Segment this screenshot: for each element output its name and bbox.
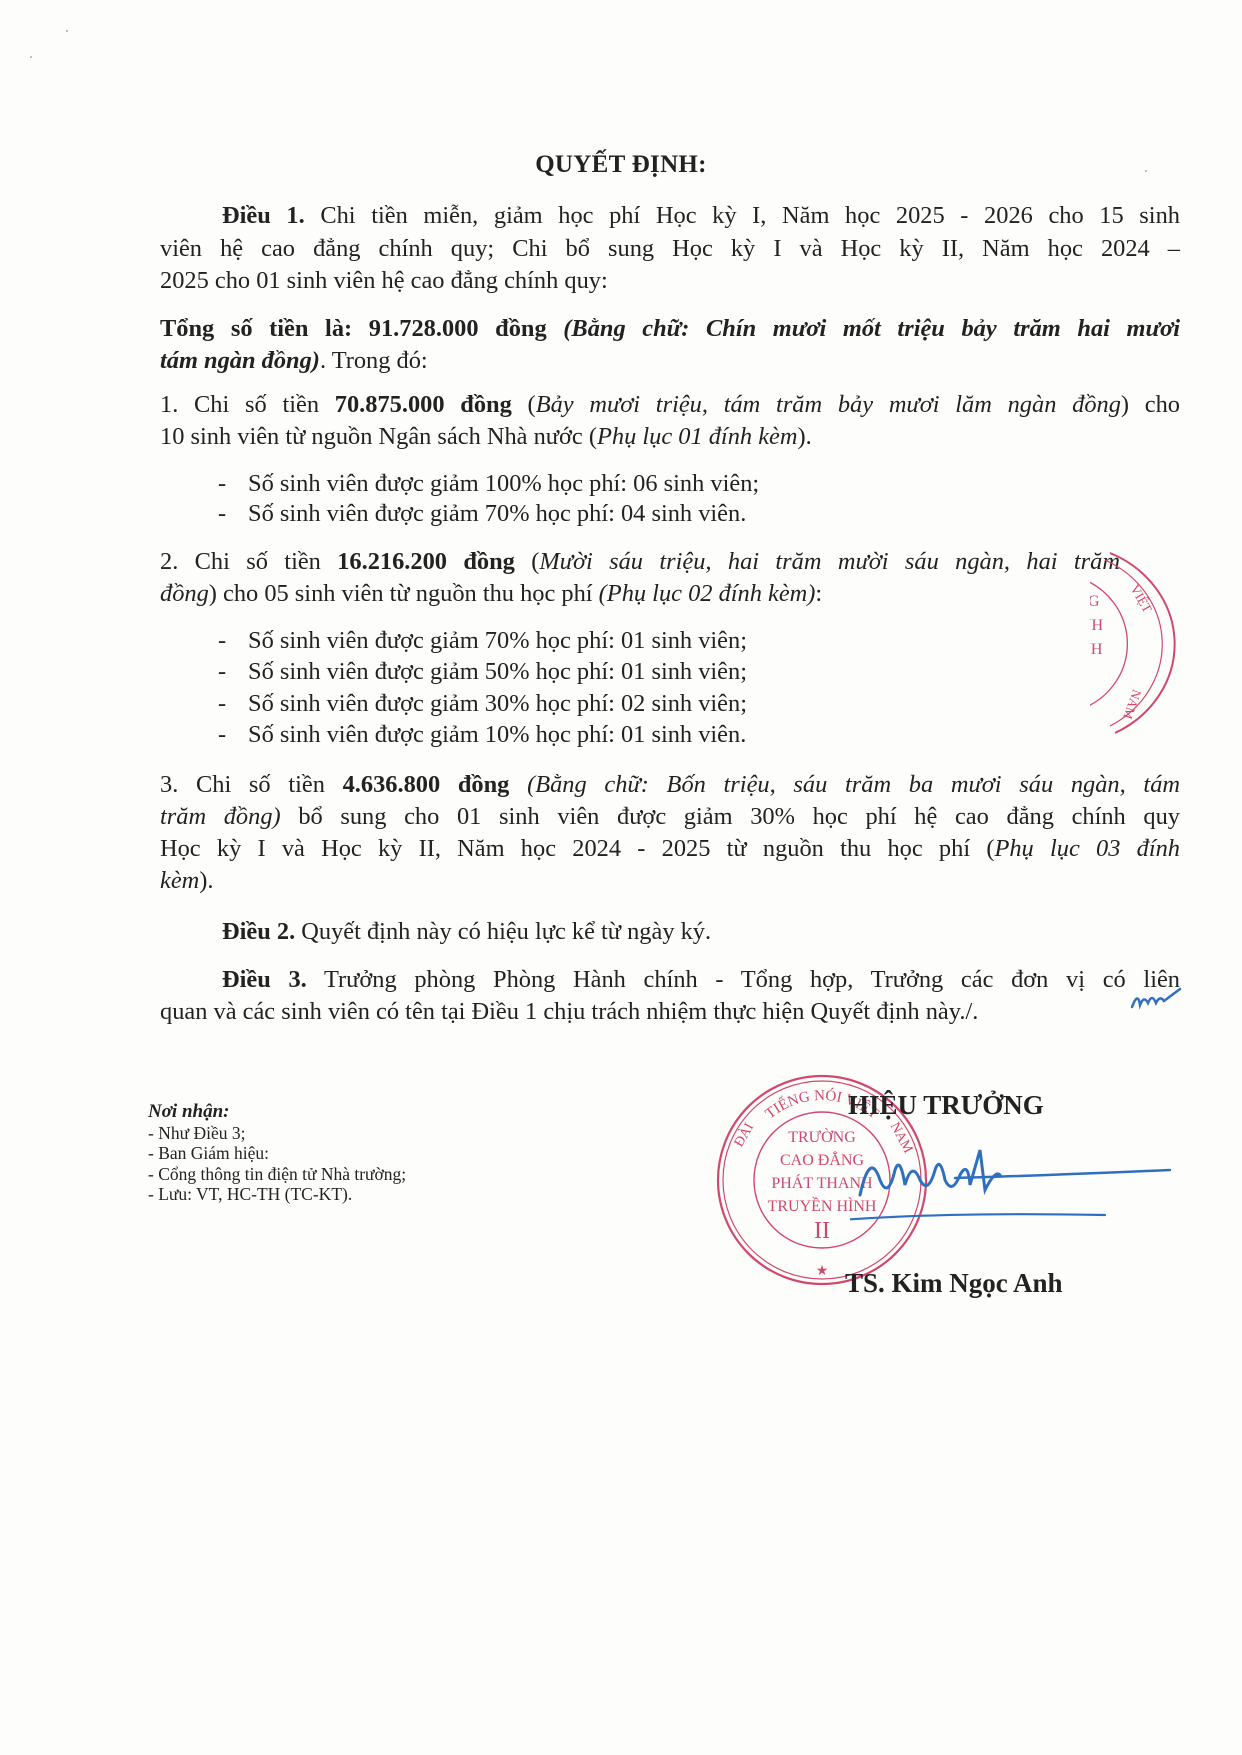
item-1-line-2: 10 sinh viên từ nguồn Ngân sách Nhà nước… xyxy=(160,421,1180,453)
recipient-item: - Ban Giám hiệu: xyxy=(148,1143,406,1164)
item-1-bullet: -Số sinh viên được giảm 70% học phí: 04 … xyxy=(218,499,746,529)
scan-speck xyxy=(1145,170,1147,172)
paren: ( xyxy=(512,391,536,418)
total-words-end: tám ngàn đồng) xyxy=(160,347,320,374)
item-3-prefix: 3. Chi số tiền xyxy=(160,771,343,798)
item-2-line-2: đồng) cho 05 sinh viên từ nguồn thu học … xyxy=(160,578,1180,610)
item-3-line-4: kèm). xyxy=(160,865,1180,897)
partial-stamp-icon: G NH ÌNH VIỆT NAM xyxy=(1090,548,1242,738)
total-amount: Tổng số tiền là: 91.728.000 đồng xyxy=(160,315,547,342)
item-1-amount: 70.875.000 đồng xyxy=(335,391,512,418)
item-2-source: ) cho 05 sinh viên từ nguồn thu học phí xyxy=(209,580,599,607)
item-2-line-1: 2. Chi số tiền 16.216.200 đồng (Mười sáu… xyxy=(160,546,1120,578)
item-3-appendix: Phụ lục 03 đính xyxy=(994,835,1180,862)
initial-mark-icon xyxy=(1130,985,1190,1015)
article-3-label: Điều 3. xyxy=(222,966,307,993)
svg-text:II: II xyxy=(814,1218,830,1244)
decision-title: QUYẾT ĐỊNH: xyxy=(0,151,1242,179)
item-2-bullet: -Số sinh viên được giảm 30% học phí: 02 … xyxy=(218,689,747,719)
recipients-heading: Nơi nhận: xyxy=(148,1102,406,1123)
svg-text:ÌNH: ÌNH xyxy=(1090,639,1103,658)
item-3-line-1: 3. Chi số tiền 4.636.800 đồng (Bằng chữ:… xyxy=(160,769,1180,801)
item-3-words-end: trăm đồng) xyxy=(160,803,281,830)
svg-text:NH: NH xyxy=(1090,617,1104,634)
item-3-line-3: Học kỳ I và Học kỳ II, Năm học 2024 - 20… xyxy=(160,833,1180,865)
item-1-line-1: 1. Chi số tiền 70.875.000 đồng (Bảy mươi… xyxy=(160,389,1180,421)
item-3-desc: bổ sung cho 01 sinh viên được giảm 30% h… xyxy=(281,803,1180,830)
article-1-line-3: 2025 cho 01 sinh viên hệ cao đẳng chính … xyxy=(160,265,1180,297)
article-3-line-1: Điều 3. Trưởng phòng Phòng Hành chính - … xyxy=(160,964,1180,996)
article-1-text: Chi tiền miễn, giảm học phí Học kỳ I, Nă… xyxy=(320,202,1180,229)
total-amount-line-1: Tổng số tiền là: 91.728.000 đồng (Bằng c… xyxy=(160,313,1180,345)
colon: : xyxy=(815,580,822,607)
item-3-amount: 4.636.800 đồng xyxy=(343,771,510,798)
article-1-line-2: viên hệ cao đẳng chính quy; Chi bổ sung … xyxy=(160,233,1180,265)
item-1-appendix: Phụ lục 01 đính kèm xyxy=(597,423,798,450)
paren: ( xyxy=(515,548,539,575)
item-2-prefix: 2. Chi số tiền xyxy=(160,548,337,575)
item-3-source: Học kỳ I và Học kỳ II, Năm học 2024 - 20… xyxy=(160,835,994,862)
item-3-line-2: trăm đồng) bổ sung cho 01 sinh viên được… xyxy=(160,801,1180,833)
recipients-block: Nơi nhận: - Như Điều 3; - Ban Giám hiệu:… xyxy=(148,1102,406,1205)
article-1-label: Điều 1. xyxy=(222,202,305,229)
svg-text:TRƯỜNG: TRƯỜNG xyxy=(788,1127,856,1146)
item-2-amount: 16.216.200 đồng xyxy=(337,548,515,575)
paren: ) cho xyxy=(1121,391,1180,418)
item-3-appendix-end: kèm xyxy=(160,867,199,894)
handwritten-signature-icon xyxy=(850,1140,1180,1230)
article-3-text: Trưởng phòng Phòng Hành chính - Tổng hợp… xyxy=(307,966,1180,993)
svg-text:★: ★ xyxy=(816,1264,829,1279)
signer-name: TS. Kim Ngọc Anh xyxy=(845,1268,1063,1299)
item-2-words-end: đồng xyxy=(160,580,209,607)
article-2-text: Quyết định này có hiệu lực kể từ ngày ký… xyxy=(295,918,711,945)
item-1-prefix: 1. Chi số tiền xyxy=(160,391,335,418)
recipient-item: - Cổng thông tin điện tử Nhà trường; xyxy=(148,1164,406,1185)
article-2: Điều 2. Quyết định này có hiệu lực kể từ… xyxy=(160,916,1180,948)
scan-speck xyxy=(66,30,68,32)
article-1-line-1: Điều 1. Chi tiền miễn, giảm học phí Học … xyxy=(160,200,1180,232)
paren: ). xyxy=(199,867,213,894)
scan-speck xyxy=(30,56,32,58)
item-2-words: Mười sáu triệu, hai trăm mười sáu ngàn, … xyxy=(539,548,1120,575)
total-suffix: . Trong đó: xyxy=(320,347,428,374)
recipient-item: - Lưu: VT, HC-TH (TC-KT). xyxy=(148,1184,406,1205)
item-2-bullet: -Số sinh viên được giảm 70% học phí: 01 … xyxy=(218,626,747,656)
total-amount-line-2: tám ngàn đồng). Trong đó: xyxy=(160,345,1180,377)
article-2-label: Điều 2. xyxy=(222,918,295,945)
article-3-line-2: quan và các sinh viên có tên tại Điều 1 … xyxy=(160,996,1180,1028)
recipient-item: - Như Điều 3; xyxy=(148,1123,406,1144)
total-words-prefix: (Bằng chữ: Chín mươi mốt triệu bảy trăm … xyxy=(563,315,1180,342)
item-1-words: Bảy mươi triệu, tám trăm bảy mươi lăm ng… xyxy=(536,391,1121,418)
item-1-source: 10 sinh viên từ nguồn Ngân sách Nhà nước… xyxy=(160,423,597,450)
item-2-appendix: (Phụ lục 02 đính kèm) xyxy=(599,580,816,607)
item-2-bullet: -Số sinh viên được giảm 50% học phí: 01 … xyxy=(218,657,747,687)
item-1-bullet: -Số sinh viên được giảm 100% học phí: 06… xyxy=(218,469,759,499)
item-2-bullet: -Số sinh viên được giảm 10% học phí: 01 … xyxy=(218,720,746,750)
paren: ). xyxy=(797,423,811,450)
signer-position: HIỆU TRƯỞNG xyxy=(848,1090,1044,1121)
svg-text:VIỆT: VIỆT xyxy=(1127,582,1155,615)
svg-text:G: G xyxy=(1090,593,1100,610)
item-3-words: (Bằng chữ: Bốn triệu, sáu trăm ba mươi s… xyxy=(509,771,1180,798)
